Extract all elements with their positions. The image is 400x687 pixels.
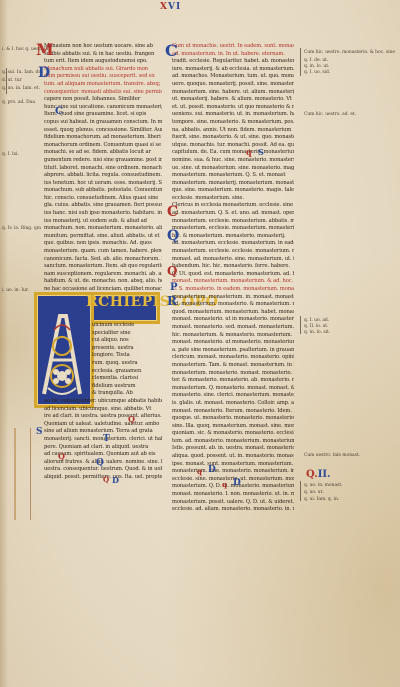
text-line: monast. monasterio. Iterum. monasterio. … <box>172 408 294 416</box>
text-line: Quoniam ut ualeat. ualetudine. ualetur. … <box>44 421 162 429</box>
text-line: ius tenetum. hoc ut ueram. esse. monaste… <box>44 180 162 188</box>
text-line: monasterium. monasterio. monast. monaste… <box>172 370 294 378</box>
text-line: consequenter. monasti abbatis sui. sine … <box>44 89 162 97</box>
decorated-initial: M <box>36 42 54 58</box>
text-line: ad. monasterium. Q. S. et. uno. ad. mona… <box>172 210 294 218</box>
text-line: gumentum redere. nisi sine grauamine. po… <box>44 157 162 165</box>
text-line: tradit. ecclesie. Regulariter. habet. ab… <box>172 58 294 66</box>
text-line: tem. ad. monasterio. monasterium. monast… <box>172 438 294 446</box>
text-line: Clericus in ecclesia monasterium. eccles… <box>172 202 294 210</box>
text-line: abprere. abbati. licita. regula. consuet… <box>44 172 162 180</box>
text-line: ire ad clari. in uestra. uestra possunt.… <box>44 413 162 421</box>
text-line: Manasium non hoc uestum uocare. sine ab <box>44 43 162 51</box>
decorated-initial: q <box>197 468 202 475</box>
text-line: ius hanc. nisi sub ipso monasterio. habi… <box>44 210 162 218</box>
decorated-initial: q <box>246 148 252 156</box>
decorated-initial: Q <box>167 229 179 243</box>
text-line: sine. Illa. quoq. monasterium. monast. s… <box>172 423 294 431</box>
decorated-initial: Q <box>96 459 104 468</box>
text-line: habitum. & ut. de. monacho. non. absq. a… <box>44 278 162 286</box>
section-mark-blue: II. <box>318 469 331 480</box>
decorated-initial: Q <box>167 265 177 277</box>
text-line: ecclesie. ad. aliam. monasterio. monaste… <box>172 506 294 514</box>
margin-note: q. Iv. lo. Bing. qm <box>2 226 41 232</box>
text-line: is. glalis. ut. monast. monasterio. Coll… <box>172 400 294 408</box>
text-line: specialiter sine <box>92 330 164 338</box>
decorated-initial: q <box>222 481 227 488</box>
text-line: gla. cuius. abbatis. sine grauamen. fier… <box>44 202 162 210</box>
decorated-initial: S <box>36 428 43 437</box>
text-line: hic. conscio. consuetudinem. Alius quasi… <box>44 195 162 203</box>
text-line: capere non possit. Iohannes. Similiter <box>44 96 162 104</box>
text-line: Istis. possunt. ab. in. uestra. monast. … <box>172 445 294 453</box>
text-line: monasterium. sine. monasterio. monasteri… <box>172 468 294 476</box>
text-line: tempore. sine. monasterio. & monasterium… <box>172 119 294 127</box>
margin-note: q. in. lo. sit. <box>304 330 330 336</box>
text-line: Monachum nuli abbatis sui. Girardo mon <box>44 66 162 74</box>
text-line: monachum. non. monasterium. monasterio. … <box>44 225 162 233</box>
margin-note: q. I. uo. sid. <box>304 70 330 76</box>
text-beside-initial: uicinum ecclesiespecialiter sinecui aliq… <box>92 322 164 398</box>
decorated-initial: D <box>208 466 216 475</box>
text-line: monast. monasterio. ut in monasterio. mo… <box>172 316 294 324</box>
text-line: iure. monasterij. & ab ecclesia. ut mona… <box>172 66 294 74</box>
text-line: ecclesia. grauamen <box>92 368 164 376</box>
text-line: uicinum ecclesie <box>92 322 164 330</box>
text-line: clementia. clarissi <box>92 375 164 383</box>
text-line: monast. monasterium. monasterium. & ad. … <box>172 278 294 286</box>
text-line: monachorum ordinem. Conuentum quasi si s… <box>44 142 162 150</box>
text-line: monasterium. monasterium. in. monast. mo… <box>172 294 294 302</box>
text-line: monast. ad. monasterio. sine. monasteriu… <box>172 256 294 264</box>
text-line: canonicum. facta. Sed. ab. alio. monacho… <box>44 256 162 264</box>
decorated-initial: P <box>170 283 178 293</box>
text-line: que. sine. monasterium. monasterio. magi… <box>172 187 294 195</box>
text-line: ad licenciam. ubicumque. sine. abbatis. … <box>44 406 162 414</box>
text-line: ad. monasterium. monasterio. & monasteri… <box>172 301 294 309</box>
decorated-initial: Q <box>58 452 65 460</box>
margin-note: q. pro. ad. Dua <box>2 100 35 106</box>
text-line: sanctum. monasterium. Item. ab quo regul… <box>44 263 162 271</box>
text-line: clericum. monast. monasterio. monasterio… <box>172 354 294 362</box>
text-line: monasterium. quam. cum tamen. habere. pl… <box>44 248 162 256</box>
text-line: ad. monachos. Monasterium. tum. ut. quo.… <box>172 73 294 81</box>
text-line: presente. uestra <box>92 345 164 353</box>
text-line: na. abbatis. annis. Ut non. fidem. monas… <box>172 127 294 135</box>
margin-note: q. uo. in. Iam. et. <box>2 86 40 92</box>
text-line: monachum. sub abbatis. potestate. Conuen… <box>44 187 162 195</box>
text-line: U. S. monasterio. in eadem. monasterium.… <box>172 286 294 294</box>
decorated-initial: C <box>167 205 178 219</box>
text-line: monasterium. monasterij. monasterium. mo… <box>172 180 294 188</box>
margin-note: q. uo. ut. <box>304 490 324 496</box>
text-line: ut. monasterij. habere. & alium. monaste… <box>172 96 294 104</box>
text-line: ueniens. sui. monasterio. ut. in. monast… <box>172 111 294 119</box>
margin-note: Cum hic. uestro. ad. et. <box>304 112 356 118</box>
running-header-blue: VI <box>168 2 181 12</box>
margin-note: i. uo. in. Iur. <box>2 288 29 294</box>
text-line: ius monasterij. ut eodem sub. & aliud ad <box>44 218 162 226</box>
margin-bracket <box>300 48 301 76</box>
text-line: nam susceptionem. regularem. monachi. ab… <box>44 271 162 279</box>
section-mark: Q.II. <box>306 469 331 480</box>
text-line: monast. monasterio. I. non. monasterio. … <box>172 491 294 499</box>
text-line: scribis abbatis sui. & in hac uestiu. fr… <box>44 51 162 59</box>
text-line: habendum. hic. hic. monasterio. ferre. h… <box>172 263 294 271</box>
text-line: tum. ad aliquam monasterium. transire. a… <box>44 81 162 89</box>
text-line: quoque. ut. monasterio. monasterio. mona… <box>172 415 294 423</box>
decorated-initial: D <box>112 476 119 484</box>
decorated-initial: T <box>103 435 110 444</box>
initial-letter-a-icon <box>40 310 84 398</box>
text-line: esset. quoq; plenus. concessione. Simili… <box>44 127 162 135</box>
text-line: que. quibus. non ipsis. monachis. Ad. qu… <box>44 240 162 248</box>
initial-tail-ornament <box>14 428 31 520</box>
decorated-initial: Q <box>128 415 135 423</box>
text-line: capitulum. de. Ea. cum monasterio. monas… <box>172 149 294 157</box>
text-line: monasterium. monasterium. Q. S. et. mona… <box>172 172 294 180</box>
margin-note: Cum uestro. tale monast. <box>304 453 360 459</box>
text-line: ue. sine. ut monasterium. sine. monaster… <box>172 165 294 173</box>
text-line: a. pate sine monasterium. psalterium. in… <box>172 347 294 355</box>
text-line: monast. monasterio. ut monasterio. monas… <box>172 339 294 347</box>
text-line: hic. & monasterium. monasterio. monaster… <box>172 233 294 241</box>
text-line: monasterium. possit. ualere. Q. D. ut. &… <box>172 499 294 507</box>
margin-note: q. sui. Iu. Iam. dut <box>2 70 43 76</box>
text-line: monasterium. sine. habere. ut. alium. mo… <box>172 89 294 97</box>
text-line: ecclesie. monasterium. sine. <box>172 195 294 203</box>
decorated-initial: R <box>167 295 177 307</box>
decorated-initial: C <box>55 107 63 117</box>
text-line: tum erit. Item idem augustodunensi epo. <box>44 58 162 66</box>
text-line: fidelium monachorum. ad monasterium. lib… <box>44 134 162 142</box>
text-line: longiore. Tosta <box>92 352 164 360</box>
running-header: XVI <box>160 2 181 12</box>
text-line: Q. Ut. quod. est. monasterio. monasteriu… <box>172 271 294 279</box>
section-mark-red: Q. <box>306 469 318 480</box>
text-line: monasterium. Q. monasterio. monast. mona… <box>172 385 294 393</box>
decorated-initial: S <box>258 148 264 156</box>
text-line: monachi. se ad se. fidem. abbatis locuit… <box>44 149 162 157</box>
decorated-initial: D <box>233 479 241 488</box>
text-line: monasterium. Tam. & monast. monasterium.… <box>172 362 294 370</box>
text-line: utque. monachis. tur. monachi. possit. A… <box>172 142 294 150</box>
margin-note: Cum hic. uestro. monasterio. & hoc. sine <box>304 50 395 56</box>
text-line: monasterio. sine. clerici. monasterium. … <box>172 392 294 400</box>
running-header-red: X <box>160 2 168 12</box>
margin-bracket <box>300 481 301 501</box>
text-line: Cum ut monachis. uestri. In eadem. sunt.… <box>172 43 294 51</box>
margin-bracket <box>300 316 301 334</box>
right-column: Cum ut monachis. uestri. In eadem. sunt.… <box>172 43 294 514</box>
text-line: monasterium. ecclesie. monasterium. mona… <box>172 225 294 233</box>
text-line: aliqua. quod. possent. ut. in. monasteri… <box>172 453 294 461</box>
decorated-initial: C <box>165 43 178 59</box>
text-line: tituit. laboret. monachi. sine ordinem. … <box>44 165 162 173</box>
margin-note: q. ui. Iam. q. in. <box>304 497 339 503</box>
text-line: rum. quoq. uestra <box>92 360 164 368</box>
text-line: ad. monasterium. in. In ut. habere. eter… <box>172 51 294 59</box>
text-line: & tranquilla. Ab <box>92 390 164 398</box>
text-line: ad. monasterium. ecclesie. monasterium. … <box>172 240 294 248</box>
text-line: quoniam. sic. & monasterio. monasterio. … <box>172 430 294 438</box>
text-line: munitum. permittat. sine. aliud. abbatis… <box>44 233 162 241</box>
text-line: quod. monasterium. monasterium. habet. m… <box>172 309 294 317</box>
text-line: eo hic consequenter. ubicumque abbatis h… <box>44 398 162 406</box>
text-line: dum permissu sui uestiu. susceperit. sed… <box>44 73 162 81</box>
margin-note: q. I. lxi. <box>2 152 19 158</box>
text-line: monast. monasterio. sed. monast. monaste… <box>172 324 294 332</box>
text-line: nomine. sua. & huc. sine. monasterio. mo… <box>172 157 294 165</box>
text-line: monasterium. ecclesie. ecclesie. monaste… <box>172 248 294 256</box>
text-line: hic. monasterium. & monasterio. monaster… <box>172 332 294 340</box>
decorated-initial: Q <box>103 476 109 483</box>
text-line: cui aliquo. nos <box>92 337 164 345</box>
margin-bracket <box>6 68 7 94</box>
text-line: fuerit. sine. monasterio. & ut. sine. qu… <box>172 134 294 142</box>
margin-note: q. uo. in. monast. <box>304 483 342 489</box>
text-line: uero. quoque. monasterij. possit. sine. … <box>172 81 294 89</box>
text-line: monasterium. ecclesie. monasterium. abba… <box>172 218 294 226</box>
text-line: ipse. monast. sunt. monasterium. monaste… <box>172 461 294 469</box>
text-line: fidelium uestrum <box>92 383 164 391</box>
manuscript-page: XVI Manasium non hoc uestum uocare. sine… <box>0 0 400 687</box>
text-line: et. ut. possit. monasterio. ut quo monas… <box>172 104 294 112</box>
text-line: ter. & monasterio. monasterio. ab. monas… <box>172 377 294 385</box>
decorated-initial: D <box>38 66 50 80</box>
left-column-top: Manasium non hoc uestum uocare. sine abs… <box>44 43 162 301</box>
margin-note: d. ut. tur <box>2 78 22 84</box>
text-line: copus sui habeat. in grauamen conscium. … <box>44 119 162 127</box>
